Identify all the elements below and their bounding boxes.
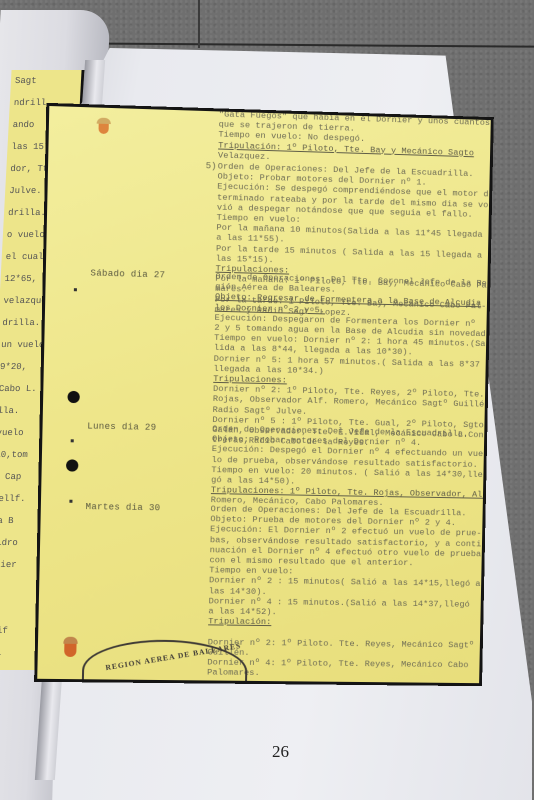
top-fragment-text: "Gata Fuegos" que habia en el Dornier y …: [218, 109, 487, 168]
left-page-text-line: Sagt: [10, 70, 81, 92]
region-stamp: REGION AEREA DE BALEARES: [81, 639, 247, 686]
day-label: Martes dia 30: [85, 502, 160, 513]
punch-hole: [66, 459, 78, 471]
page-number: 26: [272, 742, 289, 762]
coat-of-arms-icon: [58, 637, 83, 665]
entry-number: 5): [206, 161, 217, 171]
stamp-text: REGION AEREA DE BALEARES: [105, 641, 242, 672]
entry-body: Orden de Operaciones: Del Jefe de la Esc…: [207, 504, 479, 681]
floor-seam-vertical: [198, 0, 200, 48]
floor-seam: [60, 42, 534, 47]
coat-of-arms-icon: [87, 117, 118, 136]
typewritten-document: "Gata Fuegos" que habia en el Dornier y …: [34, 103, 494, 686]
margin-mark: [74, 288, 77, 291]
entry-body: Orden de Operaciones: Del Jefe de la Esc…: [211, 424, 481, 510]
day-label: Sábado dia 27: [90, 268, 165, 280]
margin-mark: [71, 439, 74, 442]
punch-hole: [67, 391, 79, 403]
day-label: Lunes dia 29: [87, 421, 156, 432]
entry-body: Orden de Operaciones: Del Tte. Coronel J…: [212, 272, 484, 451]
margin-mark: [69, 500, 72, 503]
